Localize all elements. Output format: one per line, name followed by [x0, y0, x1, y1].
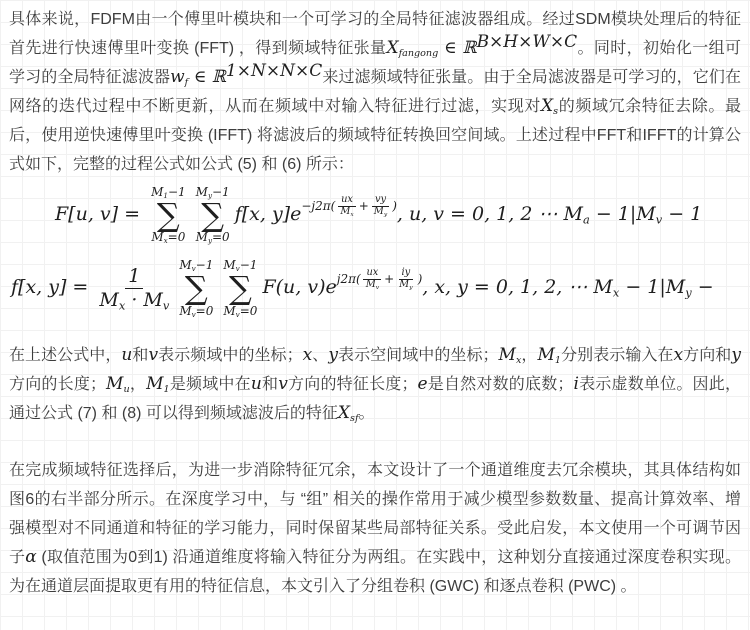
paragraph-symbol-definitions: 在上述公式中，u和v表示频域中的坐标；x、y表示空间域中的坐标；Mx，M1分别表…	[9, 341, 741, 428]
formula-ifft: f[x, y] = 1Mx · MvMv−1∑Mv=0Mv−1∑Mv=0F(u,…	[9, 245, 741, 329]
formula-fft: F[u, v] = M1−1∑Mx=0My−1∑My=0f[x, y]e−j2π…	[9, 185, 741, 245]
document-page: 具体来说，FDFM由一个傅里叶模块和一个可学习的全局特征滤波器组成。经过SDM模…	[0, 0, 750, 601]
paragraph-fdfm-intro: 具体来说，FDFM由一个傅里叶模块和一个可学习的全局特征滤波器组成。经过SDM模…	[9, 5, 741, 179]
paragraph-channel-redundancy-module: 在完成频域特征选择后，为进一步消除特征冗余，本文设计了一个通道维度去冗余模块，其…	[9, 456, 741, 601]
